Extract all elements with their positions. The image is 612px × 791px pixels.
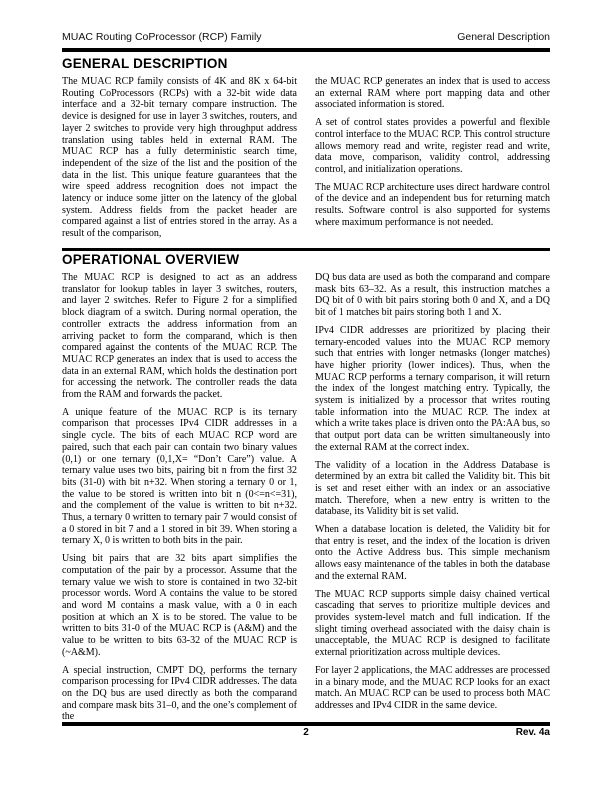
header-document-family: MUAC Routing CoProcessor (RCP) Family	[62, 31, 262, 43]
paragraph: When a database location is deleted, the…	[315, 524, 550, 583]
general-description-left-column: The MUAC RCP family consists of 4K and 8…	[62, 76, 297, 240]
running-header: MUAC Routing CoProcessor (RCP) Family Ge…	[62, 31, 550, 43]
header-section-title: General Description	[457, 31, 550, 43]
operational-overview-left-column: The MUAC RCP is designed to act as an ad…	[62, 272, 297, 723]
paragraph: The MUAC RCP supports simple daisy chain…	[315, 589, 550, 659]
paragraph: A special instruction, CMPT DQ, performs…	[62, 665, 297, 724]
section-operational-overview: OPERATIONAL OVERVIEW The MUAC RCP is des…	[62, 252, 550, 723]
paragraph: For layer 2 applications, the MAC addres…	[315, 665, 550, 712]
operational-overview-columns: The MUAC RCP is designed to act as an ad…	[62, 272, 550, 723]
operational-overview-heading: OPERATIONAL OVERVIEW	[62, 252, 550, 267]
paragraph: The MUAC RCP architecture uses direct ha…	[315, 182, 550, 229]
operational-overview-right-column: DQ bus data are used as both the compara…	[315, 272, 550, 723]
page-number: 2	[62, 727, 550, 738]
paragraph: IPv4 CIDR addresses are prioritized by p…	[315, 325, 550, 454]
paragraph: The MUAC RCP is designed to act as an ad…	[62, 272, 297, 401]
paragraph: the MUAC RCP generates an index that is …	[315, 76, 550, 111]
paragraph: Using bit pairs that are 32 bits apart s…	[62, 553, 297, 658]
paragraph: A unique feature of the MUAC RCP is its …	[62, 407, 297, 547]
header-rule	[62, 48, 550, 52]
footer-rule	[62, 722, 550, 726]
paragraph: A set of control states provides a power…	[315, 117, 550, 176]
section-divider-rule	[62, 248, 550, 251]
paragraph: DQ bus data are used as both the compara…	[315, 272, 550, 319]
paragraph: The MUAC RCP family consists of 4K and 8…	[62, 76, 297, 240]
general-description-heading: GENERAL DESCRIPTION	[62, 56, 550, 71]
document-page: MUAC Routing CoProcessor (RCP) Family Ge…	[0, 0, 612, 791]
general-description-right-column: the MUAC RCP generates an index that is …	[315, 76, 550, 240]
general-description-columns: The MUAC RCP family consists of 4K and 8…	[62, 76, 550, 240]
paragraph: The validity of a location in the Addres…	[315, 460, 550, 519]
section-general-description: GENERAL DESCRIPTION The MUAC RCP family …	[62, 56, 550, 240]
revision-label: Rev. 4a	[516, 727, 550, 738]
